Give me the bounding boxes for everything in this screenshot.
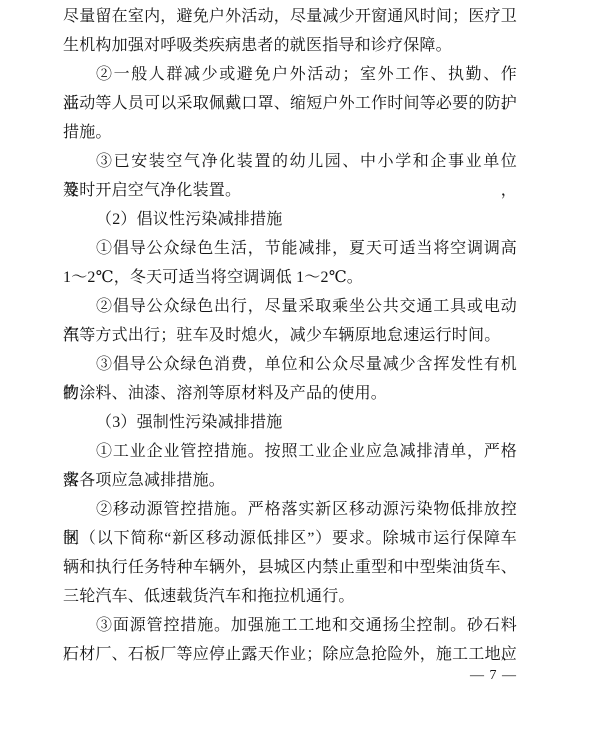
text-line: 1～2℃，冬天可适当将空调调低 1～2℃。 [63,263,517,292]
text-line: 的涂料、油漆、溶剂等原材料及产品的使用。 [63,379,517,408]
text-line: 石材厂、石板厂等应停止露天作业；除应急抢险外，施工工地应 [63,640,517,669]
text-line: 实各项应急减排措施。 [63,466,517,495]
text-line: ③倡导公众绿色消费，单位和公众尽量减少含挥发性有机物 [63,350,517,379]
text-line: （3）强制性污染减排措施 [63,408,517,437]
text-line: 措施。 [63,118,517,147]
document-page: 尽量留在室内，避免户外活动，尽量减少开窗通风时间；医疗卫生机构加强对呼吸类疾病患… [0,0,592,747]
text-line: 三轮汽车、低速载货汽车和拖拉机通行。 [63,582,517,611]
document-text-body: 尽量留在室内，避免户外活动，尽量减少开窗通风时间；医疗卫生机构加强对呼吸类疾病患… [63,2,517,669]
text-line: 活动等人员可以采取佩戴口罩、缩短户外工作时间等必要的防护 [63,89,517,118]
text-line: ①工业企业管控措施。按照工业企业应急减排清单，严格落 [63,437,517,466]
text-line: （2）倡议性污染减排措施 [63,205,517,234]
page-number: — 7 — [470,666,517,686]
text-line: ②一般人群减少或避免户外活动；室外工作、执勤、作业、 [63,60,517,89]
text-line: 车等方式出行；驻车及时熄火，减少车辆原地怠速运行时间。 [63,321,517,350]
text-line: ③已安装空气净化装置的幼儿园、中小学和企事业单位等， [63,147,517,176]
text-line: ②倡导公众绿色出行，尽量采取乘坐公共交通工具或电动汽 [63,292,517,321]
text-line: ①倡导公众绿色生活，节能减排，夏天可适当将空调调高 [63,234,517,263]
text-line: ②移动源管控措施。严格落实新区移动源污染物低排放控制 [63,495,517,524]
text-line: 辆和执行任务特种车辆外，县城区内禁止重型和中型柴油货车、 [63,553,517,582]
text-line: 生机构加强对呼吸类疾病患者的就医指导和诊疗保障。 [63,31,517,60]
text-line: 区（以下简称“新区移动源低排区”）要求。除城市运行保障车 [63,524,517,553]
text-line: 尽量留在室内，避免户外活动，尽量减少开窗通风时间；医疗卫 [63,2,517,31]
text-line: ③面源管控措施。加强施工工地和交通扬尘控制。砂石料厂、 [63,611,517,640]
